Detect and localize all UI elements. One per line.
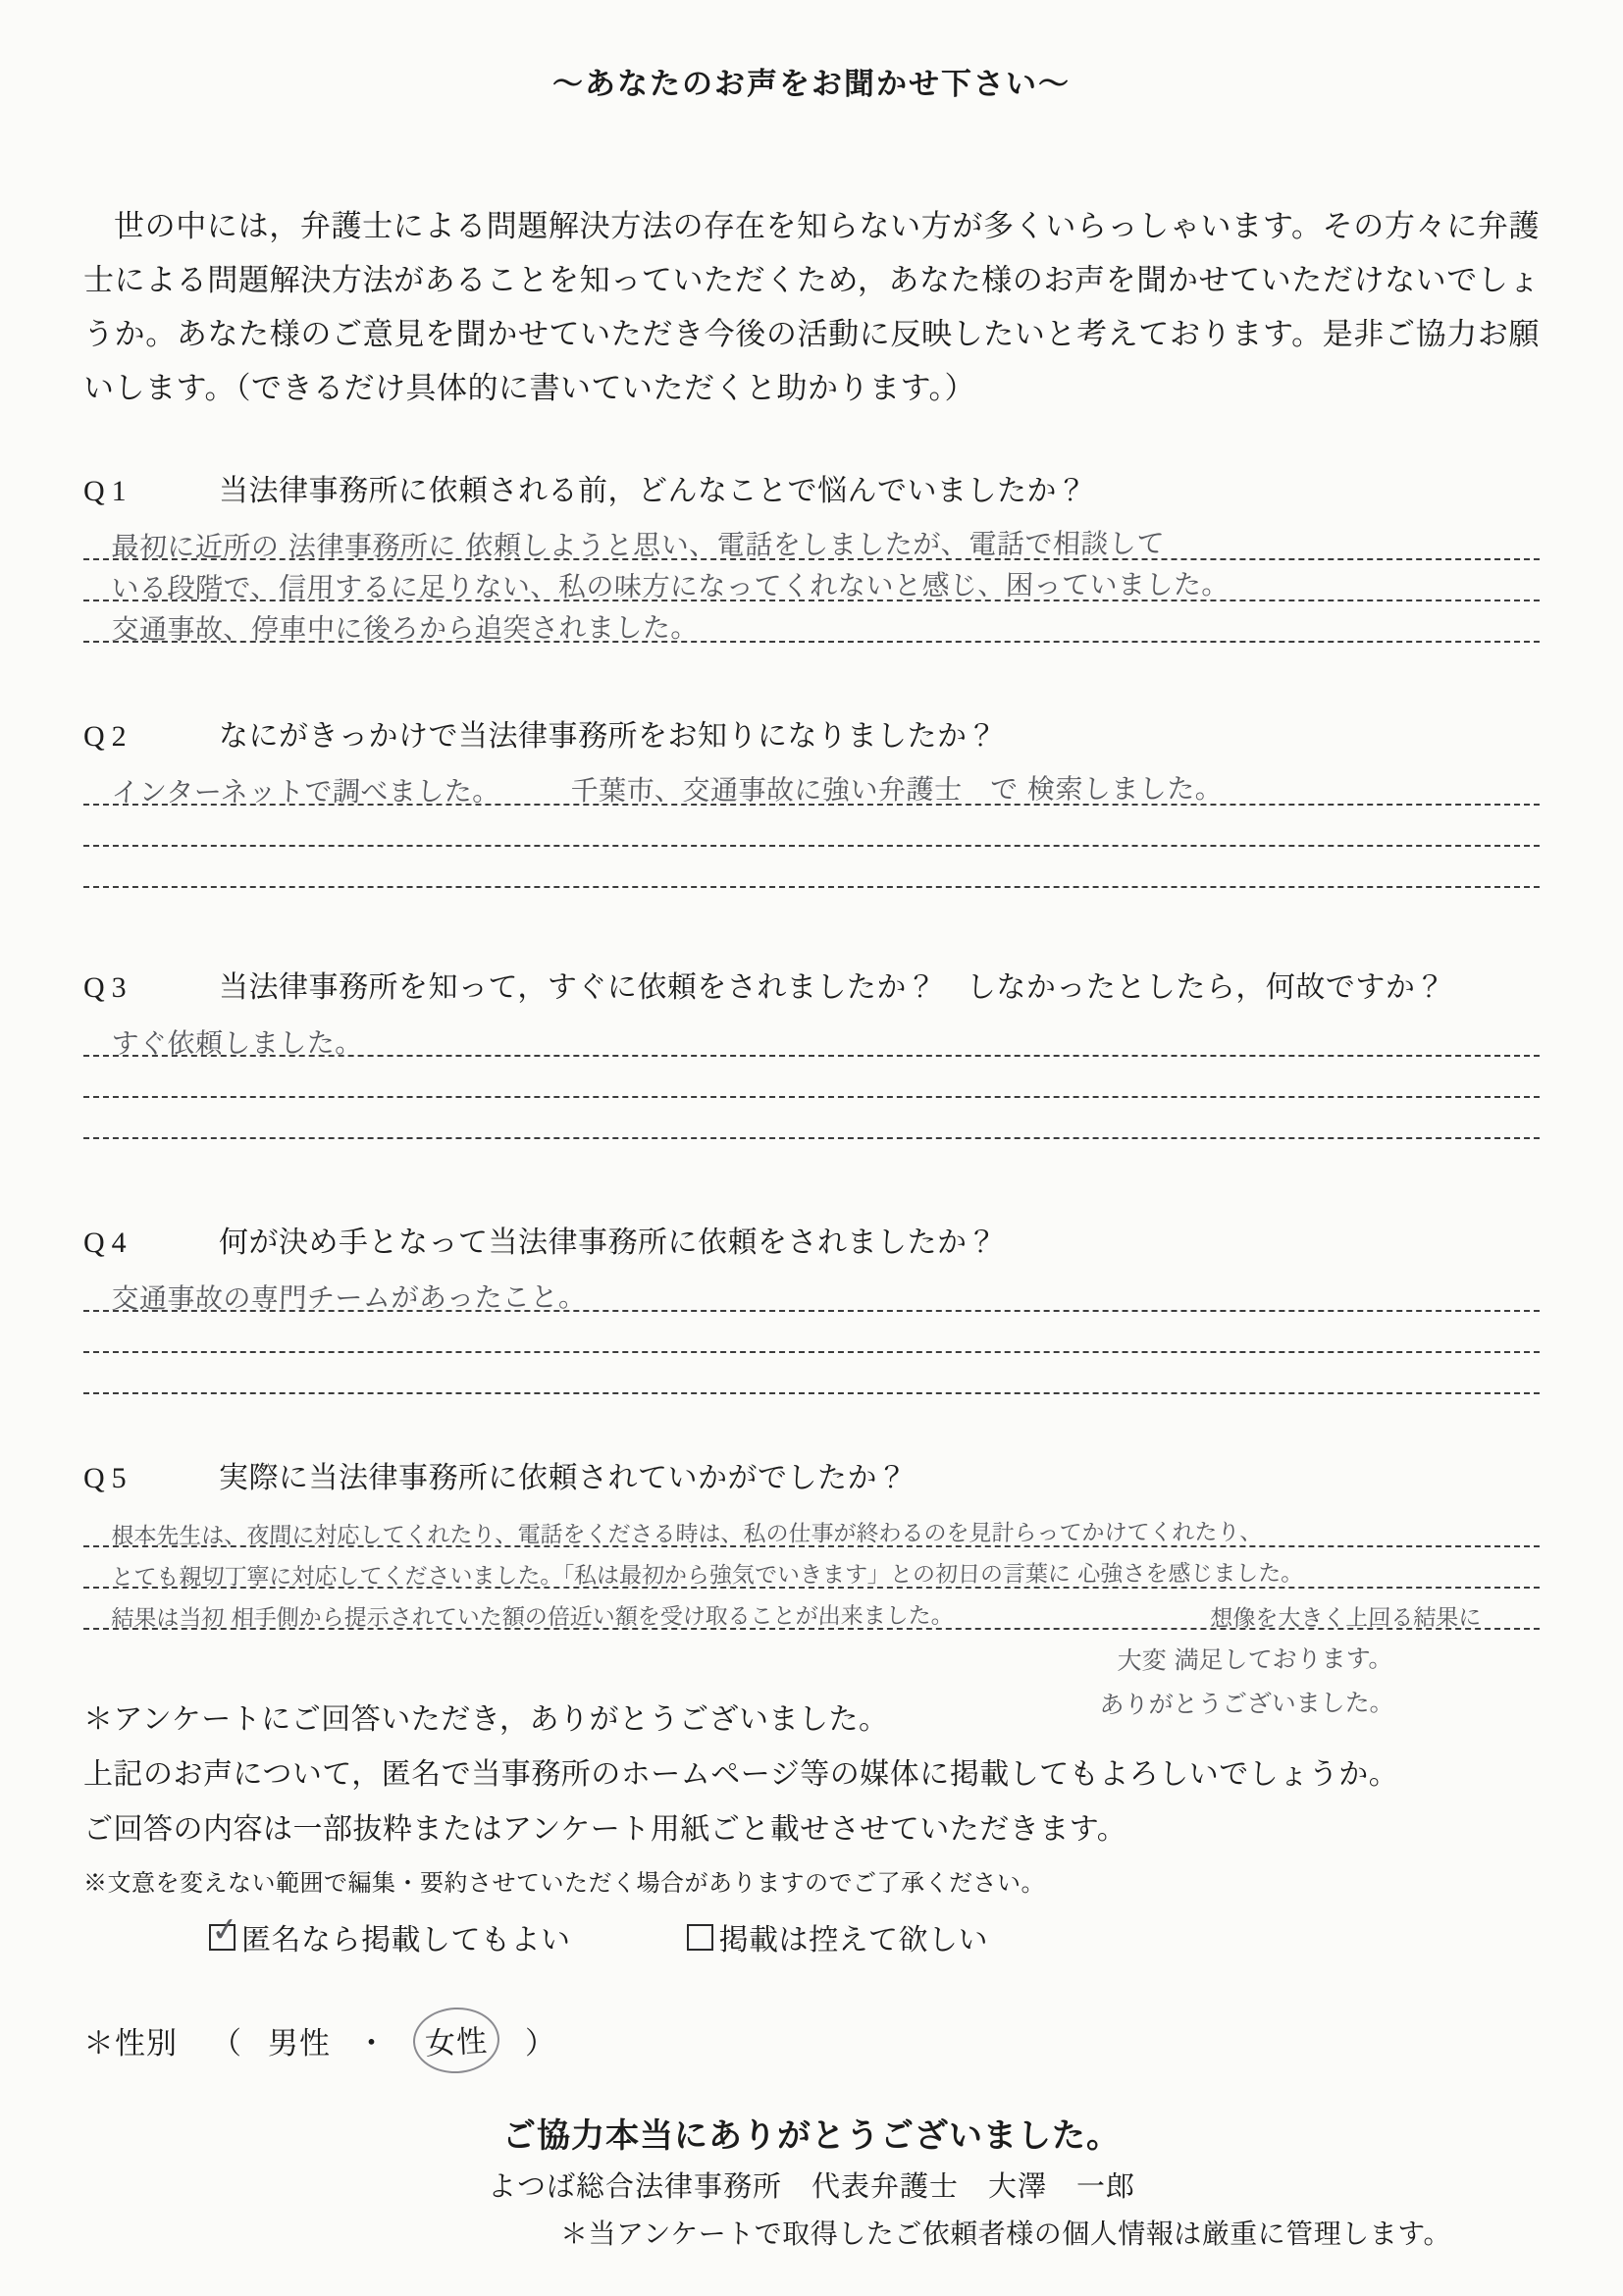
- gender-option-female-circled: 女性: [411, 2006, 500, 2076]
- handwritten-side-note: 大変 満足しております。: [1117, 1634, 1541, 1685]
- handwritten-answer: すぐ依頼しました。: [111, 1029, 363, 1058]
- handwritten-answer: インターネットで調べました。 千葉市、交通事故に強い弁護士 で 検索しました。: [111, 775, 1224, 807]
- checkbox-empty-icon: [687, 1924, 713, 1951]
- handwritten-answer: とても親切丁寧に対応してくださいました。「私は最初から強気でいきます」との初日の…: [111, 1563, 1304, 1590]
- gender-separator: ・: [356, 2018, 388, 2062]
- handwritten-answer: 交通事故の専門チームがあったこと。: [111, 1283, 587, 1313]
- answer-line: 最初に近所の 法律事務所に 依頼しようと思い、電話をしましたが、電話で相談して: [83, 519, 1540, 560]
- intro-paragraph: 世の中には，弁護士による問題解決方法の存在を知らない方が多くいらっしゃいます。そ…: [83, 199, 1540, 415]
- question-block-q2: Q2 なにがきっかけで当法律事務所をお知りになりましたか？ インターネットで調べ…: [83, 711, 1540, 888]
- question-block-q5: Q5 実際に当法律事務所に依頼されていかがでしたか？ 根本先生は、夜間に対応して…: [83, 1453, 1540, 1732]
- question-text: 実際に当法律事務所に依頼されていかがでしたか？: [219, 1453, 1540, 1496]
- answer-line: 根本先生は、夜間に対応してくれたり、電話をくださる時は、私の仕事が終わるのを見計…: [83, 1506, 1540, 1547]
- question-text: 当法律事務所に依頼される前，どんなことで悩んでいましたか？: [219, 466, 1540, 509]
- answer-line: [83, 1312, 1540, 1353]
- publish-request: 上記のお声について，匿名で当事務所のホームページ等の媒体に掲載してもよろしいでし…: [83, 1749, 1540, 1793]
- answer-line: 交通事故の専門チームがあったこと。: [83, 1271, 1540, 1312]
- consent-option-label: 掲載は控えて欲しい: [719, 1915, 989, 1958]
- answer-line: 交通事故、停車中に後ろから追突されました。: [83, 601, 1540, 643]
- question-block-q1: Q1 当法律事務所に依頼される前，どんなことで悩んでいましたか？ 最初に近所の …: [83, 466, 1540, 643]
- question-block-q4: Q4 何が決め手となって当法律事務所に依頼をされましたか？ 交通事故の専門チーム…: [83, 1218, 1540, 1394]
- answer-line: [83, 806, 1540, 847]
- scanned-survey-page: ～あなたのお声をお聞かせ下さい～ 世の中には，弁護士による問題解決方法の存在を知…: [0, 0, 1623, 2291]
- answer-line: 結果は当初 相手側から提示されていた額の倍近い額を受け取ることが出来ました。 想…: [83, 1589, 1540, 1630]
- answer-line: [83, 847, 1540, 888]
- consent-options: ✓ 匿名なら掲載してもよい 掲載は控えて欲しい: [83, 1915, 1540, 1958]
- question-text: なにがきっかけで当法律事務所をお知りになりましたか？: [219, 711, 1540, 755]
- gender-option-male: 男性: [268, 2018, 331, 2062]
- publish-detail: ご回答の内容は一部抜粋またはアンケート用紙ごと載せさせていただきます。: [83, 1804, 1540, 1848]
- question-label: Q1: [83, 475, 219, 508]
- question-label: Q2: [83, 720, 219, 754]
- checkbox-checked-icon: ✓: [209, 1924, 236, 1951]
- answer-line: [83, 1353, 1540, 1394]
- answer-area: 最初に近所の 法律事務所に 依頼しようと思い、電話をしましたが、電話で相談して …: [83, 519, 1540, 643]
- form-title: ～あなたのお声をお聞かせ下さい～: [83, 59, 1540, 103]
- answer-area: 交通事故の専門チームがあったこと。: [83, 1271, 1540, 1394]
- firm-signature: よつば総合法律事務所 代表弁護士 大澤 一郎: [83, 2165, 1540, 2205]
- open-paren: （: [211, 2018, 242, 2062]
- footer-section: ご協力本当にありがとうございました。 よつば総合法律事務所 代表弁護士 大澤 一…: [83, 2109, 1540, 2252]
- gender-label: ＊性別: [83, 2018, 178, 2062]
- answer-line: とても親切丁寧に対応してくださいました。「私は最初から強気でいきます」との初日の…: [83, 1547, 1540, 1589]
- answer-line: インターネットで調べました。 千葉市、交通事故に強い弁護士 で 検索しました。: [83, 764, 1540, 806]
- answer-area: 根本先生は、夜間に対応してくれたり、電話をくださる時は、私の仕事が終わるのを見計…: [83, 1506, 1540, 1630]
- handwritten-side-note: 想像を大きく上回る結果に: [1210, 1607, 1482, 1631]
- handwritten-answer: 結果は当初 相手側から提示されていた額の倍近い額を受け取ることが出来ました。: [111, 1605, 954, 1631]
- handwritten-answer: 交通事故、停車中に後ろから追突されました。: [111, 614, 699, 644]
- fine-print: ※文意を変えない範囲で編集・要約させていただく場合がありますのでご了承ください。: [83, 1863, 1540, 1898]
- check-icon: ✓: [209, 1908, 241, 1951]
- closing-section: ＊アンケートにご回答いただき，ありがとうございました。 上記のお声について，匿名…: [83, 1695, 1540, 1958]
- question-text: 何が決め手となって当法律事務所に依頼をされましたか？: [219, 1218, 1540, 1261]
- gender-row: ＊性別 （ 男性 ・ 女性 ）: [83, 2017, 1540, 2063]
- footer-thanks: ご協力本当にありがとうございました。: [83, 2109, 1540, 2157]
- answer-line: [83, 1057, 1540, 1098]
- privacy-note: ＊当アンケートで取得したご依頼者様の個人情報は厳重に管理します。: [278, 2213, 1623, 2252]
- q5-side-note: 大変 満足しております。 ありがとうございました。: [1099, 1638, 1540, 1732]
- question-text: 当法律事務所を知って，すぐに依頼をされましたか？ しなかったとしたら，何故ですか…: [219, 963, 1540, 1006]
- answer-line: [83, 1098, 1540, 1139]
- handwritten-answer: 根本先生は、夜間に対応してくれたり、電話をくださる時は、私の仕事が終わるのを見計…: [111, 1522, 1263, 1548]
- question-label: Q5: [83, 1462, 219, 1495]
- answer-line: すぐ依頼しました。: [83, 1016, 1540, 1057]
- handwritten-answer: 最初に近所の 法律事務所に 依頼しようと思い、電話をしましたが、電話で相談して: [111, 530, 1165, 561]
- question-label: Q3: [83, 971, 219, 1005]
- handwritten-answer: いる段階で、信用するに足りない、私の味方になってくれないと感じ、困っていました。: [111, 571, 1230, 602]
- handwritten-side-note: ありがとうございました。: [1099, 1678, 1541, 1729]
- answer-line: いる段階で、信用するに足りない、私の味方になってくれないと感じ、困っていました。: [83, 560, 1540, 601]
- consent-option-label: 匿名なら掲載してもよい: [241, 1915, 571, 1958]
- answer-area: すぐ依頼しました。: [83, 1016, 1540, 1139]
- close-paren: ）: [525, 2018, 556, 2062]
- question-label: Q4: [83, 1226, 219, 1260]
- question-block-q3: Q3 当法律事務所を知って，すぐに依頼をされましたか？ しなかったとしたら，何故…: [83, 963, 1540, 1139]
- consent-checkbox-no-publish: 掲載は控えて欲しい: [687, 1915, 989, 1958]
- consent-checkbox-anonymous-ok: ✓ 匿名なら掲載してもよい: [209, 1915, 571, 1958]
- answer-area: インターネットで調べました。 千葉市、交通事故に強い弁護士 で 検索しました。: [83, 764, 1540, 888]
